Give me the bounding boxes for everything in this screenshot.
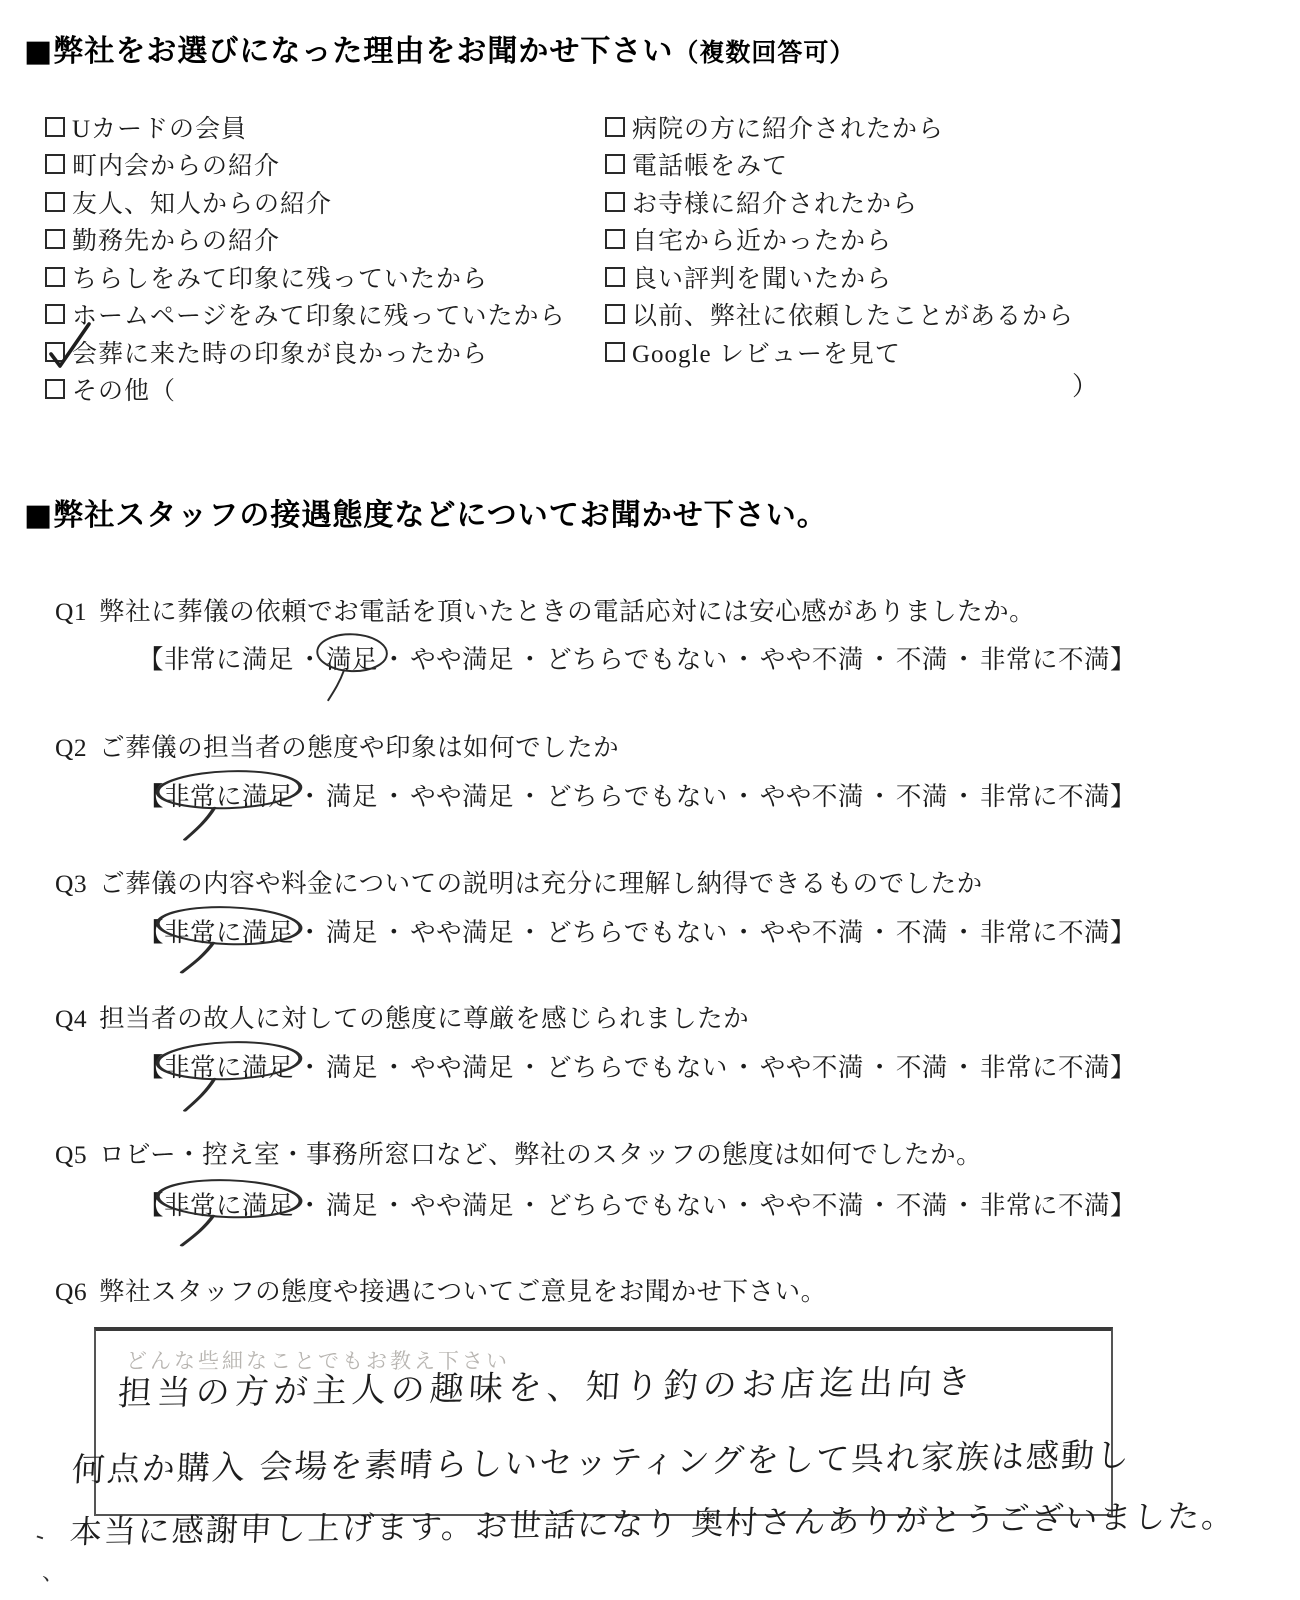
scale-separator: ・: [517, 782, 543, 811]
scale-separator: ・: [731, 645, 757, 674]
checkbox-row: Google レビューを見て: [605, 333, 1074, 371]
checkbox[interactable]: [45, 304, 65, 324]
checkbox-label: 電話帳をみて: [632, 146, 788, 182]
q1-number: Q1: [55, 597, 87, 626]
checkbox-checked[interactable]: [45, 342, 65, 362]
checkbox-row: Uカードの会員: [45, 108, 566, 146]
checkbox[interactable]: [45, 192, 65, 212]
checkbox-label: その他（: [72, 371, 176, 407]
q5-text: ロビー・控え室・事務所窓口など、弊社のスタッフの態度は如何でしたか。: [99, 1140, 982, 1169]
scale-option[interactable]: やや不満: [760, 1191, 864, 1220]
scale-option[interactable]: やや満足: [410, 645, 514, 674]
checkbox-label: ホームページをみて印象に残っていたから: [72, 296, 566, 332]
checkbox-row: 電話帳をみて: [605, 146, 1074, 184]
checkbox[interactable]: [45, 229, 65, 249]
scale-option[interactable]: 非常に不満: [980, 918, 1110, 947]
q2-scale: 【非常に満足・満足・やや満足・どちらでもない・やや不満・不満・非常に不満】: [138, 777, 1136, 813]
scale-option-circled[interactable]: 非常に満足: [164, 1048, 294, 1084]
scale-option[interactable]: 不満: [896, 645, 948, 674]
scale-option[interactable]: どちらでもない: [546, 918, 728, 947]
scale-option[interactable]: やや不満: [760, 645, 864, 674]
checkbox-label: Uカードの会員: [72, 109, 247, 145]
scale-option[interactable]: どちらでもない: [546, 1053, 728, 1082]
scale-separator: ・: [297, 1191, 323, 1220]
survey-page: ■弊社をお選びになった理由をお聞かせ下さい（複数回答可） Uカードの会員町内会か…: [0, 0, 1300, 1600]
section2-title: ■弊社スタッフの接遇態度などについてお聞かせ下さい。: [24, 498, 828, 533]
scale-separator: ・: [867, 918, 893, 947]
scale-option[interactable]: やや不満: [760, 918, 864, 947]
q3-text: ご葬儀の内容や料金についての説明は充分に理解し納得できるものでしたか: [99, 869, 983, 898]
checkbox-row: その他（: [45, 371, 566, 409]
checkbox-label: 勤務先からの紹介: [72, 221, 280, 257]
scale-separator: ・: [951, 918, 977, 947]
scale-option[interactable]: 非常に不満: [980, 1191, 1110, 1220]
scale-option[interactable]: やや不満: [760, 1053, 864, 1082]
checkbox-label: ちらしをみて印象に残っていたから: [72, 259, 488, 295]
checkbox[interactable]: [605, 267, 625, 287]
checkbox-row: 勤務先からの紹介: [45, 221, 566, 259]
checkbox-label: 病院の方に紹介されたから: [632, 109, 944, 145]
checkbox-row: 病院の方に紹介されたから: [605, 108, 1074, 146]
checkbox-label: 友人、知人からの紹介: [72, 184, 332, 220]
other-close-paren: ）: [1072, 366, 1098, 403]
section1-title-note: （複数回答可）: [673, 38, 855, 67]
scale-option-circled[interactable]: 非常に満足: [164, 1186, 294, 1222]
question-q4: Q4担当者の故人に対しての態度に尊厳を感じられましたか: [55, 999, 749, 1035]
section2-header: ■弊社スタッフの接遇態度などについてお聞かせ下さい。: [24, 490, 828, 534]
checkbox-row: 会葬に来た時の印象が良かったから: [45, 333, 566, 371]
checkbox-label: お寺様に紹介されたから: [632, 184, 918, 220]
checkbox-column-right: 病院の方に紹介されたから電話帳をみてお寺様に紹介されたから自宅から近かったから良…: [605, 108, 1074, 371]
scale-separator: ・: [731, 918, 757, 947]
scale-option[interactable]: やや満足: [410, 782, 514, 811]
section1-title: ■弊社をお選びになった理由をお聞かせ下さい: [24, 34, 673, 69]
checkbox-label: 以前、弊社に依頼したことがあるから: [632, 296, 1074, 332]
scale-option[interactable]: 不満: [896, 1191, 948, 1220]
scale-separator: ・: [731, 1191, 757, 1220]
q1-text: 弊社に葬儀の依頼でお電話を頂いたときの電話応対には安心感がありましたか。: [99, 597, 1035, 626]
scale-option[interactable]: 満足: [326, 782, 378, 811]
scale-separator: ・: [731, 1053, 757, 1082]
scale-separator: ・: [381, 645, 407, 674]
scale-option[interactable]: 不満: [896, 918, 948, 947]
scale-option[interactable]: 満足: [326, 1191, 378, 1220]
checkbox-label: 自宅から近かったから: [632, 221, 892, 257]
scale-separator: ・: [381, 1191, 407, 1220]
checkbox[interactable]: [605, 117, 625, 137]
scale-option[interactable]: どちらでもない: [546, 645, 728, 674]
stray-pen-mark-dash: -: [32, 1521, 49, 1550]
scale-separator: ・: [381, 782, 407, 811]
checkbox[interactable]: [605, 304, 625, 324]
q6-text: 弊社スタッフの態度や接遇についてご意見をお聞かせ下さい。: [99, 1277, 827, 1306]
q5-number: Q5: [55, 1140, 87, 1169]
scale-separator: ・: [951, 782, 977, 811]
q4-number: Q4: [55, 1004, 87, 1033]
checkbox-label: Google レビューを見て: [632, 334, 901, 370]
q4-scale: 【非常に満足・満足・やや満足・どちらでもない・やや不満・不満・非常に不満】: [138, 1048, 1136, 1084]
question-q3: Q3ご葬儀の内容や料金についての説明は充分に理解し納得できるものでしたか: [55, 864, 983, 900]
scale-option[interactable]: 満足: [326, 918, 378, 947]
question-q2: Q2ご葬儀の担当者の態度や印象は如何でしたか: [55, 728, 619, 764]
scale-option[interactable]: 不満: [896, 782, 948, 811]
scale-separator: ・: [867, 782, 893, 811]
scale-separator: ・: [517, 1053, 543, 1082]
scale-separator: ・: [297, 1053, 323, 1082]
checkbox-column-left: Uカードの会員町内会からの紹介友人、知人からの紹介勤務先からの紹介ちらしをみて印…: [45, 108, 566, 408]
checkbox[interactable]: [45, 267, 65, 287]
scale-option[interactable]: 不満: [896, 1053, 948, 1082]
scale-option[interactable]: 非常に不満: [980, 782, 1110, 811]
scale-option[interactable]: 非常に満足: [164, 645, 294, 674]
checkbox[interactable]: [605, 342, 625, 362]
scale-separator: ・: [381, 1053, 407, 1082]
checkbox-label: 良い評判を聞いたから: [632, 259, 892, 295]
scale-separator: ・: [517, 645, 543, 674]
scale-separator: ・: [951, 1053, 977, 1082]
checkbox-row: ホームページをみて印象に残っていたから: [45, 296, 566, 334]
question-q6: Q6弊社スタッフの態度や接遇についてご意見をお聞かせ下さい。: [55, 1272, 827, 1308]
scale-separator: ・: [297, 918, 323, 947]
question-q1: Q1弊社に葬儀の依頼でお電話を頂いたときの電話応対には安心感がありましたか。: [55, 592, 1035, 628]
scale-separator: ・: [951, 645, 977, 674]
checkbox-row: お寺様に紹介されたから: [605, 183, 1074, 221]
scale-separator: ・: [381, 918, 407, 947]
scale-separator: ・: [867, 1191, 893, 1220]
checkbox-row: 町内会からの紹介: [45, 146, 566, 184]
scale-option[interactable]: 非常に不満: [980, 645, 1110, 674]
question-q5: Q5ロビー・控え室・事務所窓口など、弊社のスタッフの態度は如何でしたか。: [55, 1135, 982, 1171]
checkbox[interactable]: [45, 117, 65, 137]
scale-option[interactable]: やや満足: [410, 1191, 514, 1220]
checkbox[interactable]: [605, 229, 625, 249]
q5-scale: 【非常に満足・満足・やや満足・どちらでもない・やや不満・不満・非常に不満】: [138, 1186, 1136, 1222]
scale-separator: ・: [297, 782, 323, 811]
scale-option[interactable]: 満足: [326, 1053, 378, 1082]
checkbox-row: 自宅から近かったから: [605, 221, 1074, 259]
section1-header: ■弊社をお選びになった理由をお聞かせ下さい（複数回答可）: [24, 26, 855, 70]
scale-separator: ・: [731, 782, 757, 811]
checkbox-row: 友人、知人からの紹介: [45, 183, 566, 221]
q3-number: Q3: [55, 869, 87, 898]
stray-pen-mark-comma: 、: [42, 1556, 64, 1587]
scale-separator: ・: [517, 918, 543, 947]
scale-separator: ・: [867, 1053, 893, 1082]
scale-option[interactable]: どちらでもない: [546, 782, 728, 811]
scale-option[interactable]: 非常に不満: [980, 1053, 1110, 1082]
scale-option[interactable]: やや満足: [410, 918, 514, 947]
checkbox[interactable]: [45, 379, 65, 399]
scale-separator: ・: [867, 645, 893, 674]
scale-option[interactable]: どちらでもない: [546, 1191, 728, 1220]
q2-number: Q2: [55, 733, 87, 762]
q3-scale: 【非常に満足・満足・やや満足・どちらでもない・やや不満・不満・非常に不満】: [138, 913, 1136, 949]
checkbox[interactable]: [45, 154, 65, 174]
scale-option[interactable]: やや満足: [410, 1053, 514, 1082]
scale-option-circled[interactable]: 非常に満足: [164, 913, 294, 949]
scale-option-circled[interactable]: 満足: [326, 640, 378, 676]
scale-option[interactable]: やや不満: [760, 782, 864, 811]
checkbox-row: 良い評判を聞いたから: [605, 258, 1074, 296]
scale-option-circled[interactable]: 非常に満足: [164, 777, 294, 813]
q1-scale: 【非常に満足・満足・やや満足・どちらでもない・やや不満・不満・非常に不満】: [138, 640, 1136, 676]
checkbox-row: 以前、弊社に依頼したことがあるから: [605, 296, 1074, 334]
checkbox[interactable]: [605, 154, 625, 174]
scale-separator: ・: [517, 1191, 543, 1220]
checkbox-label: 会葬に来た時の印象が良かったから: [72, 334, 488, 370]
checkbox-row: ちらしをみて印象に残っていたから: [45, 258, 566, 296]
q4-text: 担当者の故人に対しての態度に尊厳を感じられましたか: [99, 1004, 749, 1033]
checkbox[interactable]: [605, 192, 625, 212]
q2-text: ご葬儀の担当者の態度や印象は如何でしたか: [99, 733, 619, 762]
q6-number: Q6: [55, 1277, 87, 1306]
checkbox-label: 町内会からの紹介: [72, 146, 280, 182]
scale-separator: ・: [951, 1191, 977, 1220]
scale-separator: ・: [297, 645, 323, 674]
